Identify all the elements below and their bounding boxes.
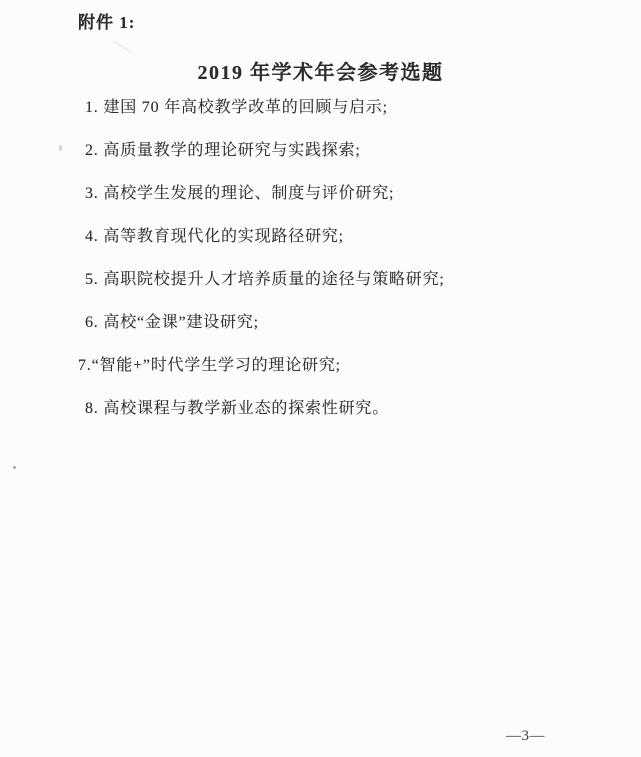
list-item: 1. 建国 70 年高校教学改革的回顾与启示; (85, 86, 621, 129)
scan-smudge (113, 40, 133, 53)
list-item: 5. 高职院校提升人才培养质量的途径与策略研究; (85, 258, 621, 301)
topic-list: 1. 建国 70 年高校教学改革的回顾与启示; 2. 高质量教学的理论研究与实践… (85, 86, 621, 430)
scan-speck (59, 145, 62, 151)
list-item: 2. 高质量教学的理论研究与实践探索; (85, 129, 621, 172)
list-item: 7.“智能+”时代学生学习的理论研究; (78, 344, 621, 387)
page-title: 2019 年学术年会参考选题 (0, 56, 641, 85)
scanned-document-page: 附件 1: 2019 年学术年会参考选题 1. 建国 70 年高校教学改革的回顾… (0, 0, 641, 757)
list-item: 4. 高等教育现代化的实现路径研究; (85, 215, 621, 258)
scan-speck (13, 466, 16, 469)
list-item: 8. 高校课程与教学新业态的探索性研究。 (85, 387, 621, 430)
list-item: 6. 高校“金课”建设研究; (85, 301, 621, 344)
attachment-label: 附件 1: (78, 8, 135, 33)
list-item: 3. 高校学生发展的理论、制度与评价研究; (85, 172, 621, 215)
page-number: —3— (506, 728, 545, 745)
